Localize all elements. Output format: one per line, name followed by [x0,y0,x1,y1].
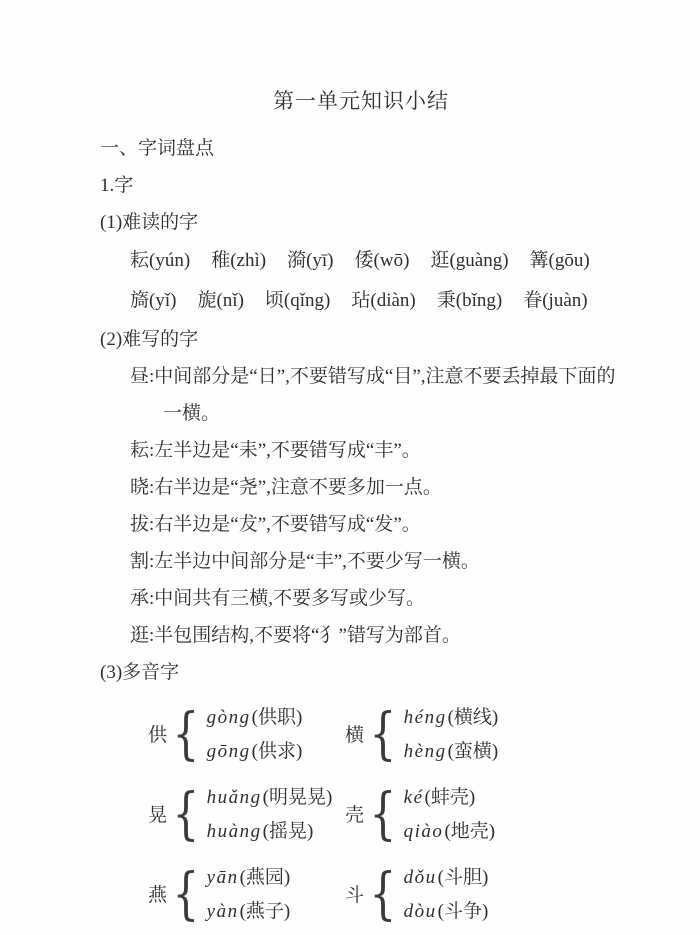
example-word: (供职) [252,707,303,728]
left-brace: { [172,707,199,763]
char-entry: 顷(qǐng) [265,281,330,321]
pinyin: (bǐng) [456,290,502,311]
pinyin: dòu [404,901,438,922]
reading-line: dòu(斗争) [404,895,489,929]
pinyin: huàng [207,821,263,842]
pinyin: (gōu) [549,250,590,271]
polyphone-readings: ké(蚌壳) qiào(地壳) [404,781,495,849]
example-word: (蚌壳) [425,787,476,808]
char-entry: 篝(gōu) [530,241,590,281]
char-entry: 眷(juàn) [523,281,587,321]
polyphone-group: 壳 { ké(蚌壳) qiào(地壳) [345,781,622,849]
note-line: 割:左半边中间部分是“丰”,不要少写一横。 [130,543,622,580]
example-word: (摇晃) [263,821,314,842]
polyphone-readings: héng(横线) hèng(蛮横) [404,701,499,769]
sub-heading: 1.字 [100,167,622,204]
polyphone-char: 燕 [148,886,167,905]
document-page: 第一单元知识小结 一、字词盘点 1.字 (1)难读的字 耘(yún) 稚(zhì… [0,0,700,935]
polyphone-group: 供 { gòng(供职) gōng(供求) [148,701,345,769]
section-heading: 一、字词盘点 [100,130,622,167]
polyphone-group: 晃 { huǎng(明晃晃) huàng(摇晃) [148,781,345,849]
reading-line: yàn(燕子) [207,895,291,929]
note-line: 昼:中间部分是“日”,不要错写成“目”,注意不要丢掉最下面的一横。 [130,358,622,432]
polyphone-grid: 供 { gòng(供职) gōng(供求) 横 { héng(横线) hèng(… [148,701,622,929]
pinyin: (yī) [306,250,333,271]
left-brace: { [172,787,199,843]
hanzi: 篝 [530,250,549,271]
char-entry: 秉(bǐng) [437,281,502,321]
reading-line: hèng(蛮横) [404,735,499,769]
char-entry: 耘(yún) [130,241,190,281]
hanzi: 旖 [130,290,149,311]
pinyin: qiào [404,821,445,842]
reading-line: héng(横线) [404,701,499,735]
part2-heading: (2)难写的字 [100,321,622,358]
reading-line: ké(蚌壳) [404,781,495,815]
left-brace: { [369,787,396,843]
polyphone-readings: gòng(供职) gōng(供求) [207,701,303,769]
reading-line: yān(燕园) [207,861,291,895]
hanzi: 秉 [437,290,456,311]
pinyin: (zhì) [230,250,266,271]
char-entry: 倭(wō) [355,241,410,281]
pinyin: gòng [207,707,252,728]
hanzi: 逛 [430,250,449,271]
difficult-read-row-1: 耘(yún) 稚(zhì) 漪(yī) 倭(wō) 逛(guàng) 篝(gōu… [130,241,622,281]
example-word: (横线) [448,707,499,728]
example-word: (蛮横) [448,741,499,762]
hanzi: 眷 [523,290,542,311]
pinyin: héng [404,707,448,728]
pinyin: (juàn) [542,290,587,311]
reading-line: gōng(供求) [207,735,303,769]
pinyin: (nǐ) [216,290,243,311]
document-title: 第一单元知识小结 [100,86,622,116]
example-word: (地壳) [444,821,495,842]
hanzi: 玷 [351,290,370,311]
polyphone-readings: huǎng(明晃晃) huàng(摇晃) [207,781,333,849]
char-entry: 旎(nǐ) [197,281,243,321]
reading-line: huàng(摇晃) [207,815,333,849]
polyphone-char: 横 [345,726,364,745]
part3-heading: (3)多音字 [100,654,622,691]
pinyin: (qǐng) [284,290,330,311]
example-word: (供求) [252,741,303,762]
polyphone-readings: yān(燕园) yàn(燕子) [207,861,291,929]
pinyin: hèng [404,741,448,762]
hanzi: 漪 [287,250,306,271]
note-line: 承:中间共有三横,不要多写或少写。 [130,580,622,617]
pinyin: (diàn) [370,290,415,311]
reading-line: huǎng(明晃晃) [207,781,333,815]
hanzi: 耘 [130,250,149,271]
example-word: (明晃晃) [263,787,333,808]
reading-line: qiào(地壳) [404,815,495,849]
note-line: 拔:右半边是“犮”,不要错写成“发”。 [130,506,622,543]
polyphone-group: 斗 { dǒu(斗胆) dòu(斗争) [345,861,622,929]
pinyin: (yún) [149,250,190,271]
reading-line: dǒu(斗胆) [404,861,489,895]
pinyin: gōng [207,741,252,762]
note-line: 逛:半包围结构,不要将“犭”错写为部首。 [130,617,622,654]
polyphone-char: 供 [148,726,167,745]
difficult-read-row-2: 旖(yǐ) 旎(nǐ) 顷(qǐng) 玷(diàn) 秉(bǐng) 眷(ju… [130,281,622,321]
char-entry: 稚(zhì) [211,241,266,281]
hanzi: 稚 [211,250,230,271]
hanzi: 旎 [197,290,216,311]
pinyin: (wō) [374,250,410,271]
polyphone-char: 壳 [345,806,364,825]
pinyin: yàn [207,901,240,922]
example-word: (燕子) [240,901,291,922]
pinyin: yān [207,867,240,888]
char-entry: 漪(yī) [287,241,333,281]
part1-heading: (1)难读的字 [100,204,622,241]
left-brace: { [369,707,396,763]
char-entry: 旖(yǐ) [130,281,176,321]
pinyin: dǒu [404,867,438,888]
pinyin: huǎng [207,787,263,808]
left-brace: { [369,867,396,923]
char-entry: 玷(diàn) [351,281,415,321]
example-word: (燕园) [240,867,291,888]
reading-line: gòng(供职) [207,701,303,735]
note-line: 晓:右半边是“尧”,注意不要多加一点。 [130,469,622,506]
example-word: (斗胆) [438,867,489,888]
polyphone-char: 斗 [345,886,364,905]
pinyin: ké [404,787,425,808]
polyphone-char: 晃 [148,806,167,825]
char-entry: 逛(guàng) [430,241,508,281]
polyphone-group: 横 { héng(横线) hèng(蛮横) [345,701,622,769]
example-word: (斗争) [438,901,489,922]
hanzi: 倭 [355,250,374,271]
pinyin: (guàng) [449,250,508,271]
pinyin: (yǐ) [149,290,176,311]
note-line: 耘:左半边是“耒”,不要错写成“丰”。 [130,432,622,469]
hanzi: 顷 [265,290,284,311]
polyphone-readings: dǒu(斗胆) dòu(斗争) [404,861,489,929]
polyphone-group: 燕 { yān(燕园) yàn(燕子) [148,861,345,929]
left-brace: { [172,867,199,923]
